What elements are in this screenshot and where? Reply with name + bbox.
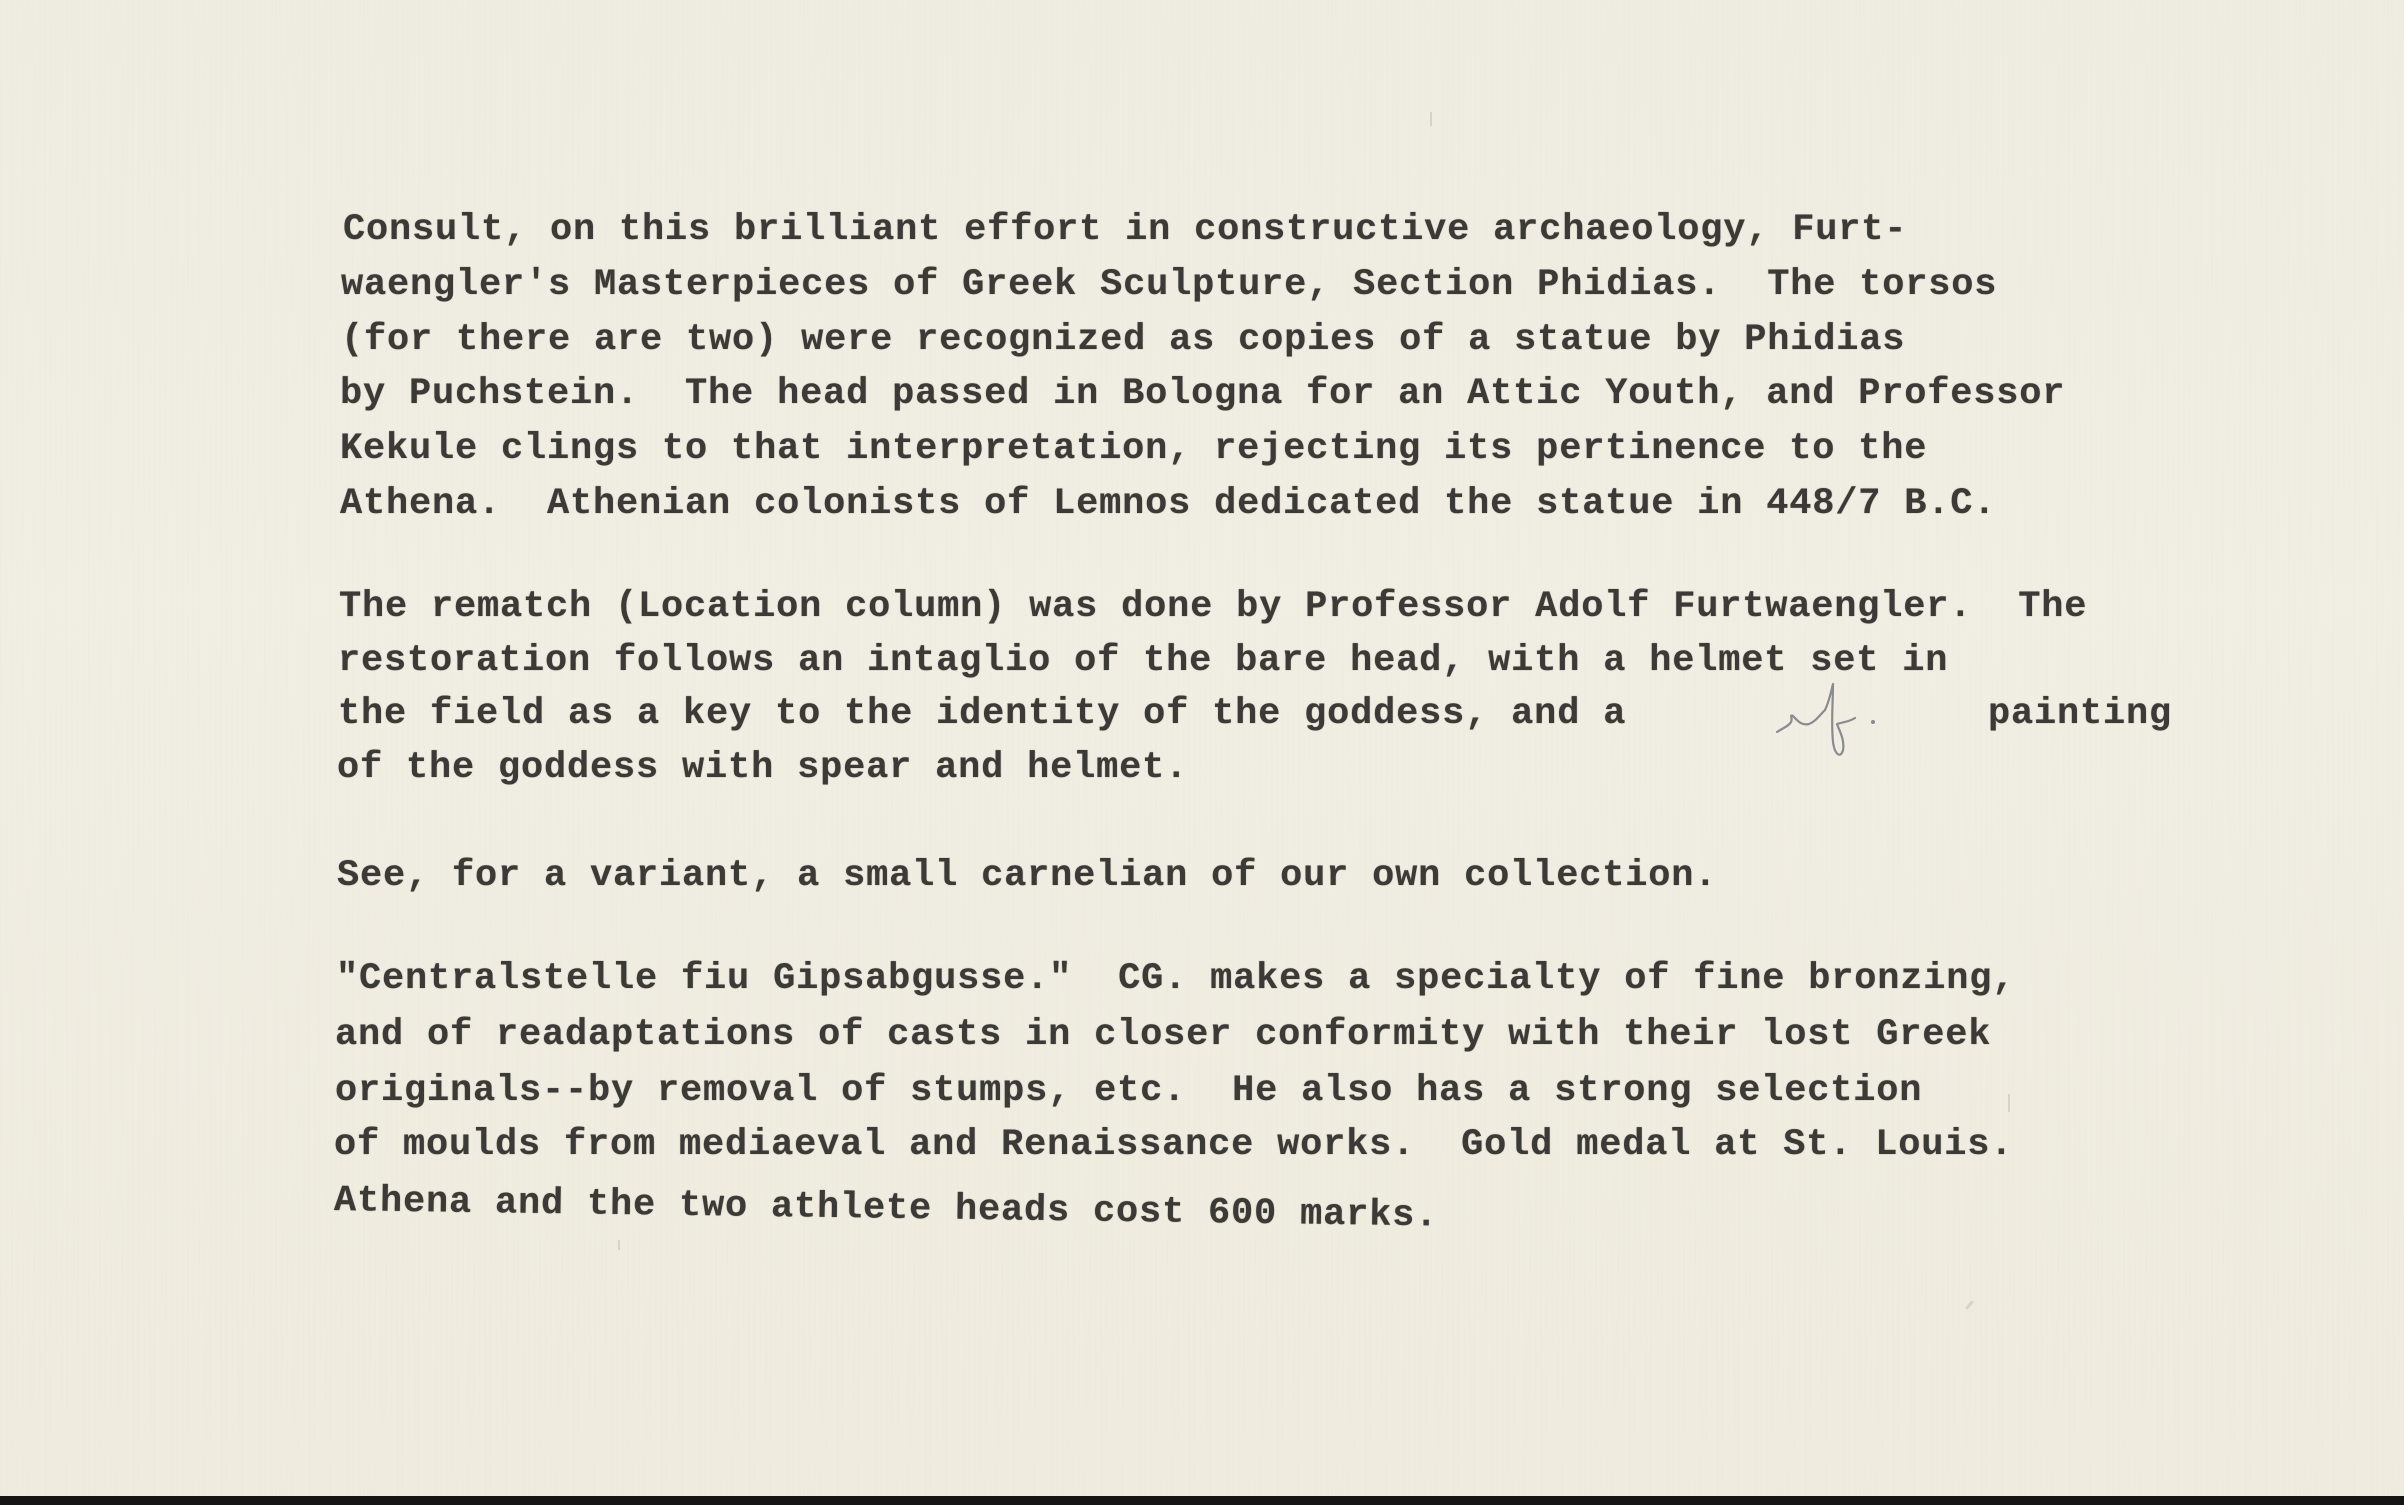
p1-line-5: Kekule clings to that interpretation, re… [340, 431, 1927, 468]
p1-line-3: (for there are two) were recognized as c… [341, 322, 1905, 359]
p2-line-3-painting: painting [1988, 696, 2172, 733]
typed-text: Consult, on this brilliant effort in con… [0, 0, 92, 962]
p2-line-1: The rematch (Location column) was done b… [339, 589, 2087, 626]
paper-speck [618, 1240, 620, 1250]
handwritten-annotation-rf [1775, 682, 1895, 762]
p2-line-2: restoration follows an intaglio of the b… [338, 643, 1948, 680]
p4-line-5: Athena and the two athlete heads cost 60… [334, 1183, 1439, 1235]
p1-line-6: Athena. Athenian colonists of Lemnos ded… [340, 486, 1996, 523]
p1-line-4: by Puchstein. The head passed in Bologna… [340, 376, 2065, 413]
p4-line-3: originals--by removal of stumps, etc. He… [335, 1073, 1922, 1110]
scan-bottom-edge [0, 1496, 2404, 1505]
p4-line-1: "Centralstelle fiu Gipsabgusse." CG. mak… [336, 961, 2015, 998]
p4-line-2: and of readaptations of casts in closer … [335, 1017, 1991, 1054]
p4-line-4: of moulds from mediaeval and Renaissance… [334, 1127, 2013, 1164]
paper-speck [2008, 1094, 2010, 1112]
p3-line-1: See, for a variant, a small carnelian of… [337, 858, 1717, 895]
p1-line-1: Consult, on this brilliant effort in con… [343, 212, 1907, 249]
p2-line-3: the field as a key to the identity of th… [338, 696, 1626, 733]
paper-speck [1430, 112, 1432, 126]
p1-line-2: waengler's Masterpieces of Greek Sculptu… [341, 267, 1997, 304]
paper-speck [1965, 1300, 1974, 1310]
document-card: Consult, on this brilliant effort in con… [0, 0, 2404, 1496]
p2-line-4: of the goddess with spear and helmet. [337, 750, 1188, 787]
